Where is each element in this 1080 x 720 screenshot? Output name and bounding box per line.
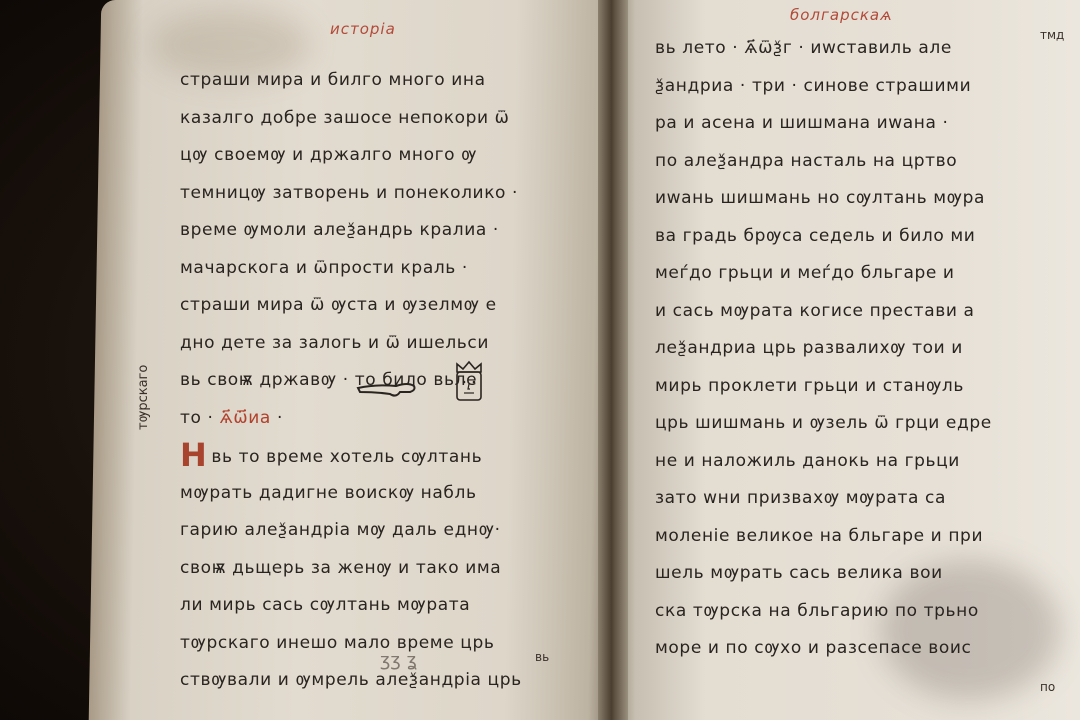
text-line: вь лето · ѧ҃ѿѯг · иwставиль але bbox=[655, 30, 1075, 68]
text-line: моленіе великое на бльгаре и при bbox=[655, 518, 1075, 556]
text-line: дно дете за залогь и ѿ ишельси bbox=[180, 325, 580, 363]
text-line: страши мира и билго много ина bbox=[180, 62, 580, 100]
text-line: Нвь то време хотель сѹлтань bbox=[180, 437, 580, 475]
text-line: по алеѯандра насталь на цртво bbox=[655, 143, 1075, 181]
right-catchword: по bbox=[1040, 680, 1055, 694]
pointing-hand-icon bbox=[356, 378, 418, 400]
margin-note: тѹрскаго bbox=[136, 365, 151, 430]
text-line: казалго добре зашосе непокори ѿ bbox=[180, 100, 580, 138]
text-line: гарию алеѯандріа мѹ даль еднѹ· bbox=[180, 512, 580, 550]
text-line: страши мира ѿ ѹста и ѹзелмѹ е bbox=[180, 287, 580, 325]
left-page-heading: исторіа bbox=[330, 20, 396, 38]
text-line: своѭ дьщерь за женѹ и тако има bbox=[180, 550, 580, 588]
pencil-scribble: ʒʒ ʓ bbox=[380, 650, 417, 671]
text-line: зато wни призвахѹ мѹрата са bbox=[655, 480, 1075, 518]
right-page-heading: болгарскаѧ bbox=[790, 6, 893, 24]
text-line: мѹрать дадигне воискѹ набль bbox=[180, 475, 580, 513]
text-line: леѯандриа црь развалихѹ тои и bbox=[655, 330, 1075, 368]
text-line: мачарскога и ѿпрости краль · bbox=[180, 250, 580, 288]
text-line: цѹ своемѹ и држалго много ѹ bbox=[180, 137, 580, 175]
text-line: ска тѹрска на бльгарию по трьно bbox=[655, 593, 1075, 631]
text-line: шель мѹрать сась велика вои bbox=[655, 555, 1075, 593]
text-line-date: то · ѧ҃ѿ҃иа · bbox=[180, 400, 580, 438]
text-line: ра и асена и шишмана иwана · bbox=[655, 105, 1075, 143]
text-line: ва градь брѹса седель и било ми bbox=[655, 218, 1075, 256]
text-line: и сась мѹрата когисе престави а bbox=[655, 293, 1075, 331]
crowned-head-icon bbox=[452, 360, 486, 404]
text-line: темницѹ затворень и понеколико · bbox=[180, 175, 580, 213]
text-line: ѯандриа · три · синове страшими bbox=[655, 68, 1075, 106]
book-gutter bbox=[598, 0, 628, 720]
text-line: море и по сѹхо и разсепасе воис bbox=[655, 630, 1075, 668]
text-line: не и наложиль данокь на грьци bbox=[655, 443, 1075, 481]
text-line: време ѹмоли алеѯандрь кралиа · bbox=[180, 212, 580, 250]
text-line: меѓдо грьци и меѓдо бльгаре и bbox=[655, 255, 1075, 293]
red-date: ѧ҃ѿ҃иа bbox=[220, 408, 271, 428]
text-line: мирь проклети грьци и станѹль bbox=[655, 368, 1075, 406]
initial-letter: Н bbox=[180, 436, 207, 474]
text-line: црь шишмань и ѹзель ѿ грци едре bbox=[655, 405, 1075, 443]
text-line: ли мирь сась сѹлтань мѹрата bbox=[180, 587, 580, 625]
left-catchword: вь bbox=[535, 650, 549, 664]
right-page-text: вь лето · ѧ҃ѿѯг · иwставиль але ѯандриа … bbox=[655, 30, 1075, 668]
text-line: иwань шишмань но сѹлтань мѹра bbox=[655, 180, 1075, 218]
